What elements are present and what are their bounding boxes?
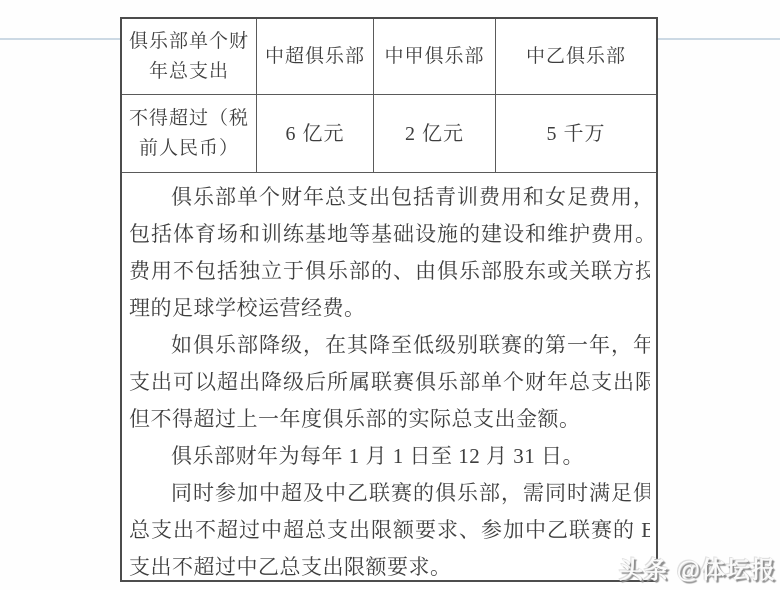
header-col-csl: 中超俱乐部 [257, 19, 374, 95]
document-page: 俱乐部单个财 年总支出 中超俱乐部 中甲俱乐部 中乙俱乐部 不得超过（税 前人民… [0, 0, 780, 590]
notes-line: 支出可以超出降级后所属联赛俱乐部单个财年总支出限额， [129, 364, 650, 401]
header-col-league-two: 中乙俱乐部 [496, 19, 656, 95]
limit-row-label-line1: 不得超过（税 [129, 104, 249, 134]
notes-line: 如俱乐部降级，在其降至低级别联赛的第一年，年度总 [129, 327, 650, 364]
limit-value-league-two: 5 千万 [496, 95, 656, 173]
limit-value-league-one: 2 亿元 [374, 95, 496, 173]
notes-line: 但不得超过上一年度俱乐部的实际总支出金额。 [129, 401, 650, 438]
limit-row-label-cell: 不得超过（税 前人民币） [122, 95, 257, 173]
limit-row-label-line2: 前人民币） [139, 134, 239, 164]
notes-line: 支出不超过中乙总支出限额要求。 [129, 549, 650, 580]
notes-line: 同时参加中超及中乙联赛的俱乐部，需同时满足俱乐部 [129, 475, 650, 512]
notes-line: 俱乐部单个财年总支出包括青训费用和女足费用，但不 [129, 179, 650, 216]
header-row-label-line2: 年总支出 [149, 57, 229, 87]
header-col-league-one: 中甲俱乐部 [374, 19, 496, 95]
notes-line: 包括体育场和训练基地等基础设施的建设和维护费用。青训 [129, 216, 650, 253]
limit-value-csl: 6 亿元 [257, 95, 374, 173]
header-row-label-line1: 俱乐部单个财 [129, 27, 249, 57]
toutiao-watermark: 头条 @体坛报 [619, 550, 776, 585]
table-notes-cell: 俱乐部单个财年总支出包括青训费用和女足费用，但不 包括体育场和训练基地等基础设施… [122, 173, 656, 580]
notes-line: 总支出不超过中超总支出限额要求、参加中乙联赛的 B 队总 [129, 512, 650, 549]
notes-line: 费用不包括独立于俱乐部的、由俱乐部股东或关联方投资管 [129, 253, 650, 290]
notes-line: 理的足球学校运营经费。 [129, 290, 650, 327]
notes-line: 俱乐部财年为每年 1 月 1 日至 12 月 31 日。 [129, 438, 650, 475]
header-row-label-cell: 俱乐部单个财 年总支出 [122, 19, 257, 95]
club-expenditure-table: 俱乐部单个财 年总支出 中超俱乐部 中甲俱乐部 中乙俱乐部 不得超过（税 前人民… [120, 17, 658, 582]
